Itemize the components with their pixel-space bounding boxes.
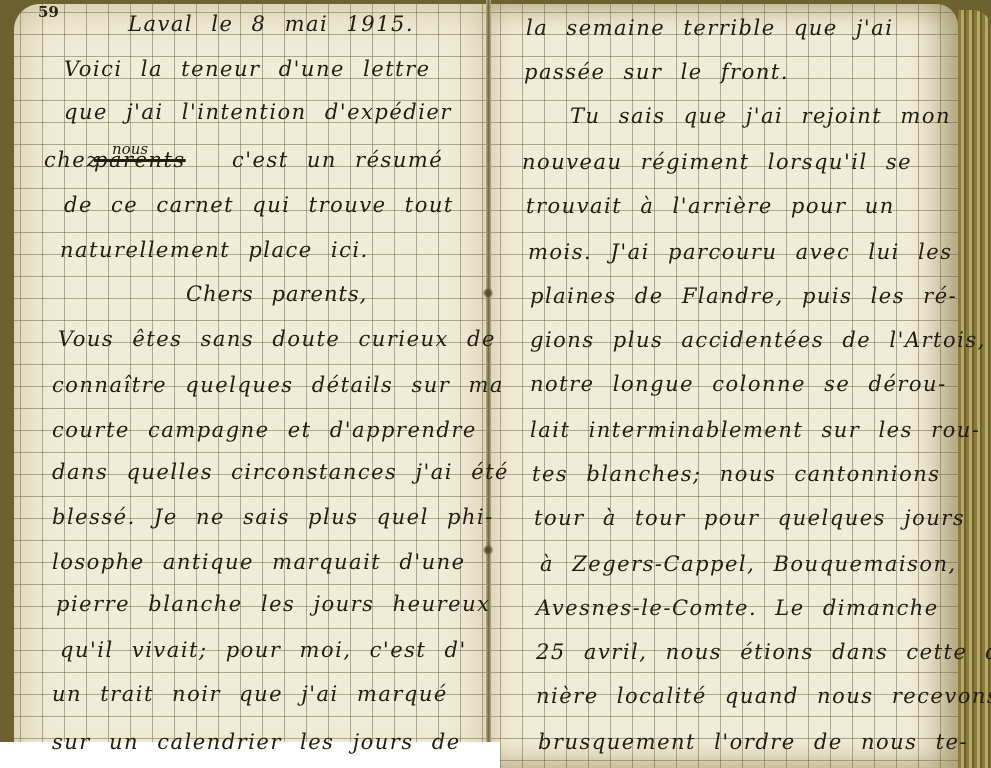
text-line: tes blanches; nous cantonnions xyxy=(532,462,941,486)
text-line: qu'il vivait; pour moi, c'est d' xyxy=(60,638,467,662)
text-line: à Zegers-Cappel, Bouquemaison, xyxy=(540,552,957,576)
binding-stitch xyxy=(482,288,494,298)
salutation: Chers parents, xyxy=(186,282,367,306)
text-line-end: c'est un résumé xyxy=(232,148,443,172)
text-line: losophe antique marquait d'une xyxy=(52,550,466,574)
text-line: dans quelles circonstances j'ai été xyxy=(52,460,509,484)
text-line: connaître quelques détails sur ma xyxy=(52,373,504,397)
text-line-start: chez xyxy=(44,148,99,172)
text-line: trouvait à l'arrière pour un xyxy=(526,194,895,218)
text-line: de ce carnet qui trouve tout xyxy=(64,193,454,217)
text-line: naturellement place ici. xyxy=(60,238,369,262)
text-line: plaines de Flandre, puis les ré- xyxy=(530,284,957,308)
text-line: blessé. Je ne sais plus quel phi- xyxy=(52,505,494,529)
text-line: Vous êtes sans doute curieux de xyxy=(58,327,496,351)
page-number: 59 xyxy=(38,3,59,21)
text-line: que j'ai l'intention d'expédier xyxy=(64,100,452,124)
text-line: un trait noir que j'ai marqué xyxy=(52,682,448,706)
text-line: nière localité quand nous recevons xyxy=(536,684,991,708)
binding-stitch xyxy=(482,545,494,555)
text-line: sur un calendrier les jours de xyxy=(52,730,461,754)
text-line: courte campagne et d'apprendre xyxy=(52,418,477,442)
text-line: mois. J'ai parcouru avec lui les xyxy=(528,240,952,264)
text-line: brusquement l'ordre de nous te- xyxy=(538,730,968,754)
text-line: passée sur le front. xyxy=(524,60,789,84)
text-line: Tu sais que j'ai rejoint mon xyxy=(570,104,951,128)
text-line: tour à tour pour quelques jours xyxy=(534,506,965,530)
text-line: gions plus accidentées de l'Artois, xyxy=(530,328,986,352)
text-line: 25 avril, nous étions dans cette der- xyxy=(536,640,991,664)
date-line: Laval le 8 mai 1915. xyxy=(128,12,414,36)
text-line: Voici la teneur d'une lettre xyxy=(64,57,431,81)
text-line: la semaine terrible que j'ai xyxy=(526,16,893,40)
text-line: nouveau régiment lorsqu'il se xyxy=(522,150,912,174)
inserted-word: nous xyxy=(112,140,148,158)
text-line: pierre blanche les jours heureux xyxy=(56,592,490,616)
text-line: Avesnes-le-Comte. Le dimanche xyxy=(536,596,939,620)
text-line: lait interminablement sur les rou- xyxy=(530,418,980,442)
notebook-spread: 59 Laval le 8 mai 1915. Voici la teneur … xyxy=(0,0,991,768)
text-line: notre longue colonne se dérou- xyxy=(530,372,947,396)
